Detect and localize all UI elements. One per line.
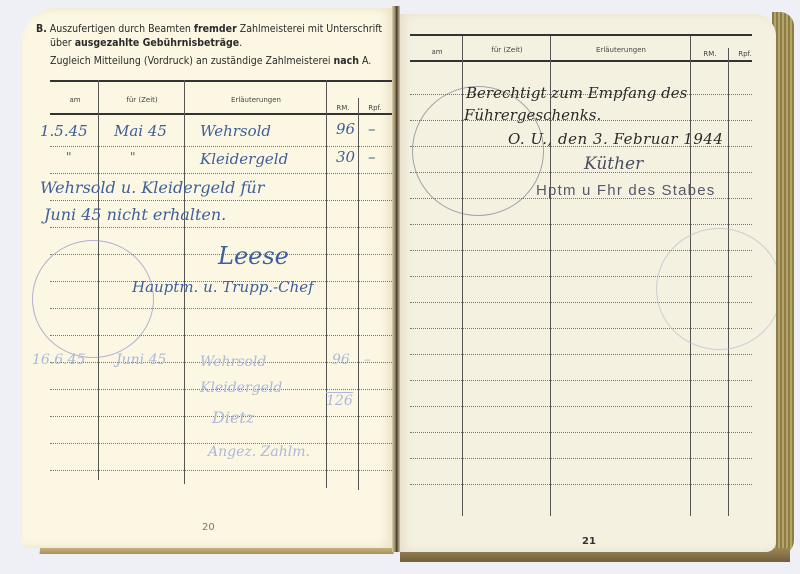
column-header-erlaeuterungen: Erläuterungen xyxy=(552,46,690,54)
row-line xyxy=(50,146,392,147)
entry-amount-rpf: – xyxy=(368,120,376,138)
row-line xyxy=(410,484,752,485)
entry-amount-rpf: – xyxy=(368,148,376,166)
officer-signature: Küther xyxy=(584,154,643,174)
left-page: B. Auszufertigen durch Beamten fremder Z… xyxy=(22,8,394,548)
page-heading: B. Auszufertigen durch Beamten fremder Z… xyxy=(36,22,386,68)
entry-description: Wehrsold xyxy=(200,354,266,370)
column-header-rpf: Rpf. xyxy=(730,50,760,58)
entry-amount-rpf: – xyxy=(364,352,371,368)
entry-period-ditto: " xyxy=(130,150,136,164)
row-line xyxy=(410,380,752,381)
entry-date: 1.5.45 xyxy=(40,122,88,140)
official-stamp-circle xyxy=(32,240,154,358)
row-line xyxy=(50,200,392,201)
entry-description: Wehrsold xyxy=(200,122,271,140)
column-header-zeit: für (Zeit) xyxy=(100,96,184,104)
row-line xyxy=(50,470,392,471)
paymaster-signature: Dietz xyxy=(212,408,254,427)
page-number: 20 xyxy=(202,522,215,533)
column-header-rm: RM. xyxy=(692,50,728,58)
book-spine xyxy=(392,6,400,552)
note-line: Wehrsold u. Kleidergeld für xyxy=(40,178,264,197)
officer-title: Hauptm. u. Trupp.-Chef xyxy=(132,278,314,296)
heading-text: über xyxy=(50,37,75,49)
row-line xyxy=(410,224,752,225)
entry-amount-rm: 96 xyxy=(336,120,355,138)
faint-stamp-circle xyxy=(656,228,776,350)
heading-text: Zugleich Mitteilung (Vordruck) an zustän… xyxy=(50,55,334,67)
column-header-am: am xyxy=(412,48,462,56)
right-page: am für (Zeit) Erläuterungen RM. Rpf. Ber… xyxy=(398,14,776,552)
column-divider xyxy=(326,80,327,488)
entry-period: Juni 45 xyxy=(116,352,166,368)
section-letter: B. xyxy=(36,23,47,35)
heading-bold: ausgezahlte Gebührnisbeträge xyxy=(75,37,239,49)
note-line: Juni 45 nicht erhalten. xyxy=(44,205,226,224)
rank-stamp: Hptm u Fhr des Stabes xyxy=(536,182,715,199)
entry-sum: 126 xyxy=(326,392,353,409)
column-header-zeit: für (Zeit) xyxy=(464,46,550,54)
paymaster-title: Angez. Zahlm. xyxy=(208,444,310,460)
heading-text: . xyxy=(239,37,242,49)
column-header-rpf: Rpf. xyxy=(360,104,390,112)
entry-period: Mai 45 xyxy=(114,122,167,140)
column-divider xyxy=(358,98,359,490)
table-top-rule xyxy=(50,80,392,82)
entry-date-ditto: " xyxy=(66,150,72,164)
page-number: 21 xyxy=(582,536,596,547)
heading-text: A. xyxy=(359,55,371,67)
pay-book-spread: B. Auszufertigen durch Beamten fremder Z… xyxy=(0,0,800,574)
heading-bold: nach xyxy=(334,55,359,67)
entitlement-line: Führergeschenks. xyxy=(464,106,601,124)
entry-description: Kleidergeld xyxy=(200,380,282,396)
column-header-rm: RM. xyxy=(328,104,358,112)
column-header-erlaeuterungen: Erläuterungen xyxy=(186,96,326,104)
row-line xyxy=(50,173,392,174)
place-date-line: O. U., den 3. Februar 1944 xyxy=(508,130,723,148)
column-header-am: am xyxy=(52,96,98,104)
entry-date: 16.6.45 xyxy=(32,352,85,368)
entry-description: Kleidergeld xyxy=(200,150,288,168)
heading-text: Zahlmeisterei mit Unterschrift xyxy=(237,23,382,35)
row-line xyxy=(410,354,752,355)
heading-bold: fremder xyxy=(194,23,237,35)
entitlement-line: Berechtigt zum Empfang des xyxy=(466,84,687,102)
officer-signature: Leese xyxy=(218,242,289,270)
entry-amount-rm: 96 xyxy=(332,352,350,368)
row-line xyxy=(50,227,392,228)
row-line xyxy=(410,406,752,407)
row-line xyxy=(410,458,752,459)
row-line xyxy=(410,432,752,433)
entry-amount-rm: 30 xyxy=(336,148,355,166)
table-header-rule xyxy=(50,113,392,115)
heading-text: Auszufertigen durch Beamten xyxy=(50,23,194,35)
